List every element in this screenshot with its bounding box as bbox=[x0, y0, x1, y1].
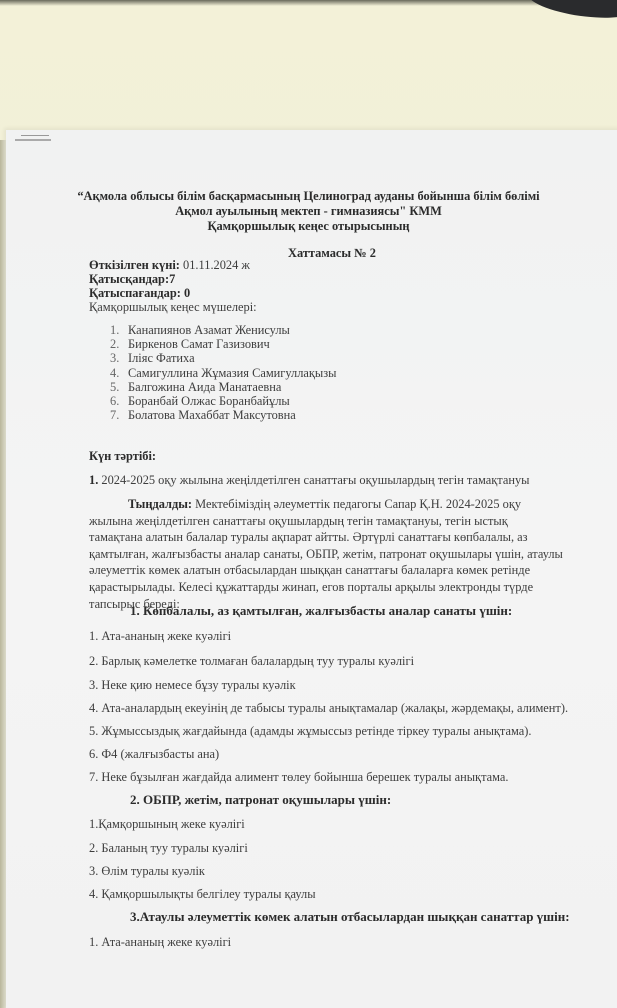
heard-line: Тыңдалды: Мектебіміздің әлеуметтік педаг… bbox=[128, 497, 521, 511]
section-item: 7. Неке бұзылған жағдайда алимент төлеу … bbox=[89, 770, 509, 784]
agenda-item: 1. 2024-2025 оқу жылына жеңілдетілген са… bbox=[89, 473, 529, 487]
attendees-present: Қатысқандар:7 bbox=[89, 272, 175, 286]
heard-text: қарастырылады. Келесі құжаттарды жинап, … bbox=[89, 580, 533, 594]
agenda-item-number: 1. bbox=[89, 473, 98, 487]
member-name: Биркенов Самат Газизович bbox=[128, 337, 270, 351]
heard-label: Тыңдалды: bbox=[128, 497, 192, 511]
present-value: 7 bbox=[169, 272, 175, 286]
attendees-absent: Қатыспағандар: 0 bbox=[89, 286, 190, 300]
section-item: 1. Ата-ананың жеке куәлігі bbox=[89, 935, 231, 949]
member-name: Іліяс Фатиха bbox=[128, 351, 195, 365]
heard-text: қамтылған, жалғызбасты аналар санаты, ОБ… bbox=[89, 547, 563, 561]
section-item: 1. Ата-ананың жеке куәлігі bbox=[89, 629, 231, 643]
heard-line: әлеуметтік көмек алатын отбасылардан шық… bbox=[89, 563, 530, 577]
section-item: 6. Ф4 (жалғызбасты ана) bbox=[89, 747, 219, 761]
section-item: 2. Барлық кәмелетке толмаған балалардың … bbox=[89, 654, 414, 668]
member-number: 6. bbox=[110, 394, 119, 408]
agenda-item-text: 2024-2025 оқу жылына жеңілдетілген санат… bbox=[98, 473, 529, 487]
date-label: Өткізілген күні: bbox=[89, 258, 180, 272]
member-name: Самигуллина Жұмазия Самигуллақызы bbox=[128, 366, 336, 380]
member-name: Болатова Махаббат Максутовна bbox=[128, 408, 296, 422]
heard-line: қарастырылады. Келесі құжаттарды жинап, … bbox=[89, 580, 533, 594]
section-item: 1.Қамқоршының жеке куәлігі bbox=[89, 817, 245, 831]
meeting-date: Өткізілген күні: 01.11.2024 ж bbox=[89, 258, 250, 272]
section-item: 3. Өлім туралы куәлік bbox=[89, 864, 205, 878]
photo-top-shadow bbox=[0, 0, 617, 6]
heard-text: жылына жеңілдетілген санаттағы оқушылард… bbox=[89, 514, 508, 528]
member-name: Боранбай Олжас Боранбайұлы bbox=[128, 394, 290, 408]
background-object bbox=[525, 0, 617, 24]
heard-text: тамақтана алатын балалар туралы ақпарат … bbox=[89, 530, 528, 544]
absent-label: Қатыспағандар: bbox=[89, 286, 181, 300]
member-number: 7. bbox=[110, 408, 119, 422]
present-label: Қатысқандар: bbox=[89, 272, 169, 286]
org-title-line-1: “Ақмола облысы білім басқармасының Целин… bbox=[0, 189, 617, 203]
section-title: 2. ОБПР, жетім, патронат оқушылары үшін: bbox=[130, 793, 391, 807]
org-title-line-2: Ақмол ауылының мектеп - гимназиясы" КММ bbox=[0, 204, 617, 218]
protocol-title: Хаттамасы № 2 bbox=[288, 246, 376, 260]
date-value: 01.11.2024 ж bbox=[180, 258, 250, 272]
member-number: 2. bbox=[110, 337, 119, 351]
section-item: 4. Қамқоршылықты белгілеу туралы қаулы bbox=[89, 887, 316, 901]
agenda-heading: Күн тәртібі: bbox=[89, 449, 156, 463]
section-title: 3.Атаулы әлеуметтік көмек алатын отбасыл… bbox=[130, 910, 570, 924]
heard-line: қамтылған, жалғызбасты аналар санаты, ОБ… bbox=[89, 547, 563, 561]
section-item: 3. Неке қию немесе бұзу туралы куәлік bbox=[89, 678, 296, 692]
member-number: 3. bbox=[110, 351, 119, 365]
org-title-line-3: Қамқоршылық кеңес отырысының bbox=[0, 219, 617, 233]
registration-mark bbox=[15, 135, 55, 143]
members-heading: Қамқоршылық кеңес мүшелері: bbox=[89, 300, 257, 314]
section-item: 2. Баланың туу туралы куәлігі bbox=[89, 841, 248, 855]
member-number: 1. bbox=[110, 323, 119, 337]
heard-line: тамақтана алатын балалар туралы ақпарат … bbox=[89, 530, 528, 544]
member-number: 4. bbox=[110, 366, 119, 380]
member-name: Балгожина Аида Манатаевна bbox=[128, 380, 281, 394]
section-item: 5. Жұмыссыздық жағдайында (адамды жұмысс… bbox=[89, 724, 531, 738]
section-item: 4. Ата-аналардың екеуінің де табысы тура… bbox=[89, 701, 568, 715]
member-name: Канапиянов Азамат Женисулы bbox=[128, 323, 290, 337]
member-number: 5. bbox=[110, 380, 119, 394]
section-title: 1. Көпбалалы, аз қамтылған, жалғызбасты … bbox=[130, 604, 512, 618]
heard-line: жылына жеңілдетілген санаттағы оқушылард… bbox=[89, 514, 508, 528]
absent-value: 0 bbox=[181, 286, 190, 300]
heard-text: әлеуметтік көмек алатын отбасылардан шық… bbox=[89, 563, 530, 577]
heard-text: Мектебіміздің әлеуметтік педагогы Сапар … bbox=[192, 497, 521, 511]
